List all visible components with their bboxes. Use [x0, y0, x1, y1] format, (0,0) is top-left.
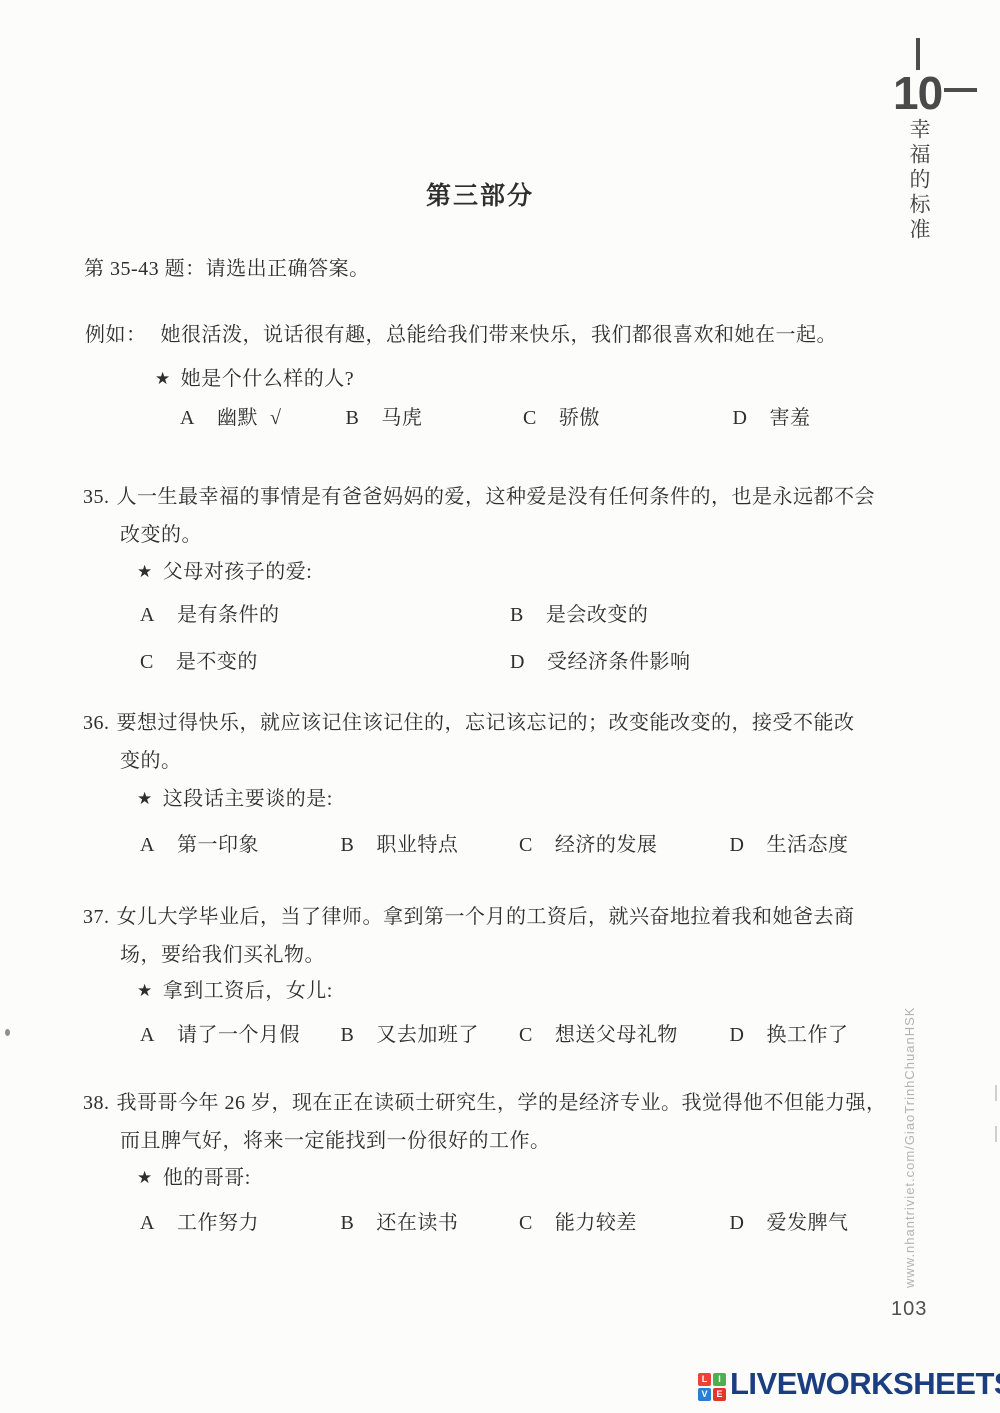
option-text: 工作努力	[177, 1212, 259, 1234]
option-a[interactable]: A是有条件的	[140, 598, 510, 627]
option-letter: D	[730, 1212, 745, 1235]
option-b[interactable]: B马虎	[346, 401, 518, 430]
logo-tile-v: V	[698, 1388, 711, 1401]
star-icon: ★	[137, 562, 153, 581]
option-letter: C	[140, 651, 154, 674]
option-a[interactable]: A请了一个月假	[140, 1018, 335, 1047]
question-37-line2: 场，要给我们买礼物。	[120, 938, 325, 967]
scan-speck	[5, 1029, 10, 1036]
option-text: 又去加班了	[376, 1024, 479, 1046]
logo-tile-e: E	[713, 1388, 726, 1401]
question-37-options: A请了一个月假 B又去加班了 C想送父母礼物 D换工作了	[140, 1018, 848, 1047]
example-sentence: 例如：她很活泼，说话很有趣，总能给我们带来快乐，我们都很喜欢和她在一起。	[85, 318, 837, 347]
check-icon: √	[270, 407, 281, 429]
option-d[interactable]: D生活态度	[730, 828, 849, 857]
question-number: 36.	[83, 712, 110, 735]
question-38-prompt: ★他的哥哥:	[137, 1161, 251, 1190]
option-text: 是不变的	[176, 651, 258, 673]
option-text: 是会改变的	[546, 604, 649, 626]
option-letter: C	[519, 834, 533, 857]
example-text: 她很活泼，说话很有趣，总能给我们带来快乐，我们都很喜欢和她在一起。	[161, 324, 838, 346]
option-c[interactable]: C能力较差	[519, 1206, 724, 1235]
liveworksheets-tiles-icon: L I V E	[698, 1373, 726, 1401]
option-letter: B	[341, 834, 355, 857]
question-35-line2: 改变的。	[120, 518, 202, 547]
option-c[interactable]: C经济的发展	[519, 828, 724, 857]
question-text: 女儿大学毕业后，当了律师。拿到第一个月的工资后，就兴奋地拉着我和她爸去商	[117, 906, 855, 928]
question-36-prompt: ★这段话主要谈的是:	[137, 782, 333, 811]
question-number: 38.	[83, 1092, 110, 1115]
option-letter: A	[140, 834, 155, 857]
question-text: 我哥哥今年 26 岁，现在正在读硕士研究生，学的是经济专业。我觉得他不但能力强，	[117, 1092, 887, 1114]
liveworksheets-wordmark: LIVEWORKSHEETS	[730, 1366, 1000, 1402]
option-d[interactable]: D受经济条件影响	[510, 645, 690, 674]
option-text: 马虎	[381, 407, 422, 429]
option-letter: A	[180, 407, 195, 430]
option-letter: D	[730, 834, 745, 857]
example-prompt-text: 她是个什么样的人?	[181, 368, 354, 390]
option-text: 幽默	[217, 407, 258, 429]
question-35-options: A是有条件的 B是会改变的 C是不变的 D受经济条件影响	[140, 598, 690, 674]
option-text: 是有条件的	[177, 604, 280, 626]
option-text: 请了一个月假	[177, 1024, 300, 1046]
option-letter: C	[523, 407, 537, 430]
option-b[interactable]: B还在读书	[341, 1206, 514, 1235]
example-label: 例如：	[85, 324, 147, 346]
question-37-line1: 37.女儿大学毕业后，当了律师。拿到第一个月的工资后，就兴奋地拉着我和她爸去商	[83, 900, 855, 929]
option-c[interactable]: C想送父母礼物	[519, 1018, 724, 1047]
example-options-row: A幽默√ B马虎 C骄傲 D害羞	[180, 401, 810, 430]
logo-tile-l: L	[698, 1373, 711, 1386]
option-letter: A	[140, 1024, 155, 1047]
option-d[interactable]: D害羞	[733, 401, 811, 430]
option-text: 害羞	[769, 407, 810, 429]
option-d[interactable]: D爱发脾气	[730, 1206, 849, 1235]
option-letter: B	[341, 1212, 355, 1235]
option-text: 职业特点	[376, 834, 458, 856]
question-35-line1: 35.人一生最幸福的事情是有爸爸妈妈的爱，这种爱是没有任何条件的，也是永远都不会	[83, 480, 875, 509]
prompt-text: 拿到工资后，女儿:	[163, 980, 333, 1002]
section-title: 第三部分	[0, 176, 960, 212]
option-letter: B	[346, 407, 360, 430]
option-letter: D	[730, 1024, 745, 1047]
option-a[interactable]: A第一印象	[140, 828, 335, 857]
question-text: 人一生最幸福的事情是有爸爸妈妈的爱，这种爱是没有任何条件的，也是永远都不会	[117, 486, 876, 508]
prompt-text: 他的哥哥:	[163, 1167, 251, 1189]
star-icon: ★	[137, 789, 153, 808]
option-letter: B	[341, 1024, 355, 1047]
option-b[interactable]: B又去加班了	[341, 1018, 514, 1047]
option-letter: B	[510, 604, 524, 627]
star-icon: ★	[137, 981, 153, 1000]
option-letter: D	[510, 651, 525, 674]
option-b[interactable]: B是会改变的	[510, 598, 690, 627]
question-36-line2: 变的。	[120, 744, 182, 773]
prompt-text: 父母对孩子的爱:	[163, 561, 313, 583]
star-icon: ★	[155, 369, 171, 388]
option-a[interactable]: A工作努力	[140, 1206, 335, 1235]
prompt-text: 这段话主要谈的是:	[163, 788, 333, 810]
option-b[interactable]: B职业特点	[341, 828, 514, 857]
option-text: 生活态度	[766, 834, 848, 856]
example-prompt: ★她是个什么样的人?	[155, 362, 354, 391]
chapter-dash	[944, 88, 977, 92]
question-38-options: A工作努力 B还在读书 C能力较差 D爱发脾气	[140, 1206, 848, 1235]
option-text: 能力较差	[555, 1212, 637, 1234]
question-35-prompt: ★父母对孩子的爱:	[137, 555, 312, 584]
question-38-line1: 38.我哥哥今年 26 岁，现在正在读硕士研究生，学的是经济专业。我觉得他不但能…	[83, 1086, 887, 1115]
star-icon: ★	[137, 1168, 153, 1187]
option-a[interactable]: A幽默√	[180, 401, 340, 430]
chapter-number: 10	[893, 66, 942, 120]
option-letter: C	[519, 1212, 533, 1235]
question-37-prompt: ★拿到工资后，女儿:	[137, 974, 333, 1003]
scan-edge-mark	[995, 1126, 997, 1142]
question-36-options: A第一印象 B职业特点 C经济的发展 D生活态度	[140, 828, 848, 857]
option-c[interactable]: C是不变的	[140, 645, 510, 674]
option-letter: C	[519, 1024, 533, 1047]
option-text: 受经济条件影响	[547, 651, 691, 673]
watermark-url: www.nhantriviet.com/GiaoTrinhChuanHSK	[902, 988, 917, 1288]
option-letter: A	[140, 604, 155, 627]
page-number: 103	[891, 1298, 927, 1321]
option-text: 爱发脾气	[766, 1212, 848, 1234]
option-letter: D	[733, 407, 748, 430]
option-c[interactable]: C骄傲	[523, 401, 727, 430]
option-text: 想送父母礼物	[555, 1024, 678, 1046]
question-number: 37.	[83, 906, 110, 929]
option-text: 经济的发展	[555, 834, 658, 856]
option-text: 第一印象	[177, 834, 259, 856]
option-text: 换工作了	[766, 1024, 848, 1046]
option-letter: A	[140, 1212, 155, 1235]
question-38-line2: 而且脾气好，将来一定能找到一份很好的工作。	[120, 1124, 551, 1153]
scan-edge-mark	[995, 1085, 997, 1101]
instructions: 第 35-43 题：请选出正确答案。	[84, 252, 370, 281]
question-text: 要想过得快乐，就应该记住该记住的，忘记该忘记的；改变能改变的，接受不能改	[117, 712, 855, 734]
option-text: 骄傲	[559, 407, 600, 429]
question-36-line1: 36.要想过得快乐，就应该记住该记住的，忘记该忘记的；改变能改变的，接受不能改	[83, 706, 855, 735]
liveworksheets-logo[interactable]: L I V E LIVEWORKSHEETS	[698, 1366, 1000, 1402]
question-number: 35.	[83, 486, 110, 509]
logo-tile-i: I	[713, 1373, 726, 1386]
option-text: 还在读书	[376, 1212, 458, 1234]
option-d[interactable]: D换工作了	[730, 1018, 849, 1047]
